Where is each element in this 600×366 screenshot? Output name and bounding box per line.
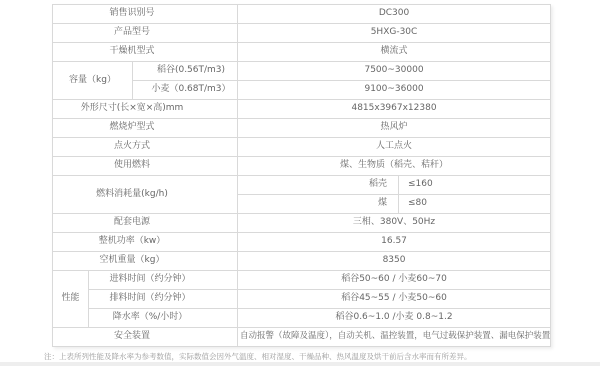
table-row-power-supply: 配套电源 三相、380V、50Hz — [53, 214, 551, 233]
row-label-model: 产品型号 — [53, 24, 238, 43]
row-value-ignition: 人工点火 — [238, 138, 551, 157]
table-row-dryer-type: 干燥机型式 横流式 — [53, 43, 551, 62]
row-value-safety-devices: 自动报警（故障及温度），自动关机、温控装置，电气过载保护装置、漏电保护装置 — [238, 328, 551, 347]
table-row-perf-discharge: 排料时间（约分钟） 稻谷45~55 / 小麦50~60 — [53, 290, 551, 309]
row-label-safety-devices: 安全装置 — [53, 328, 238, 347]
row-value-fuel-used: 煤、生物质（稻壳、秸秆） — [238, 157, 551, 176]
table-row-model: 产品型号 5HXG-30C — [53, 24, 551, 43]
row-sublabel-fuel-husk: 稻壳 — [238, 176, 399, 195]
table-row-total-power: 整机功率（kw） 16.57 — [53, 233, 551, 252]
row-sublabel-capacity-rice: 稻谷(0.56T/m3) — [133, 62, 238, 81]
row-sublabel-feed-time: 进料时间（约分钟） — [89, 271, 238, 290]
footnote-text: 注：上表所列性能及降水率为参考数值，实际数值会因外气温度、相对湿度、干燥品种、热… — [44, 351, 472, 362]
spec-table: 销售识别号 DC300 产品型号 5HXG-30C 干燥机型式 横流式 容量（k… — [52, 4, 551, 347]
row-label-power-supply: 配套电源 — [53, 214, 238, 233]
row-label-capacity: 容量（kg） — [53, 62, 133, 100]
row-value-empty-weight: 8350 — [238, 252, 551, 271]
row-value-sales-id: DC300 — [238, 5, 551, 24]
table-row-empty-weight: 空机重量（kg） 8350 — [53, 252, 551, 271]
row-sublabel-fuel-coal: 煤 — [238, 195, 399, 214]
row-value-feed-time: 稻谷50~60 / 小麦60~70 — [238, 271, 551, 290]
row-label-performance: 性能 — [53, 271, 89, 328]
table-row-fuel-husk: 燃料消耗量(kg/h) 稻壳 ≤160 — [53, 176, 551, 195]
table-row-safety-devices: 安全装置 自动报警（故障及温度），自动关机、温控装置，电气过载保护装置、漏电保护… — [53, 328, 551, 347]
table-row-capacity-rice: 容量（kg） 稻谷(0.56T/m3) 7500~30000 — [53, 62, 551, 81]
row-label-dryer-type: 干燥机型式 — [53, 43, 238, 62]
row-value-capacity-wheat: 9100~36000 — [238, 81, 551, 100]
row-sublabel-moisture-rate: 降水率（%/小时） — [89, 309, 238, 328]
row-value-fuel-coal: ≤80 — [399, 195, 551, 214]
table-row-dimensions: 外形尺寸(长×宽×高)mm 4815x3967x12380 — [53, 100, 551, 119]
row-value-moisture-rate: 稻谷0.6~1.0 /小麦 0.8~1.2 — [238, 309, 551, 328]
row-value-capacity-rice: 7500~30000 — [238, 62, 551, 81]
row-label-total-power: 整机功率（kw） — [53, 233, 238, 252]
row-label-empty-weight: 空机重量（kg） — [53, 252, 238, 271]
table-row-sales-id: 销售识别号 DC300 — [53, 5, 551, 24]
row-label-sales-id: 销售识别号 — [53, 5, 238, 24]
row-sublabel-capacity-wheat: 小麦（0.68T/m3） — [133, 81, 238, 100]
row-value-furnace-type: 热风炉 — [238, 119, 551, 138]
table-row-ignition: 点火方式 人工点火 — [53, 138, 551, 157]
row-value-power-supply: 三相、380V、50Hz — [238, 214, 551, 233]
row-value-discharge-time: 稻谷45~55 / 小麦50~60 — [238, 290, 551, 309]
row-value-total-power: 16.57 — [238, 233, 551, 252]
table-row-furnace-type: 燃烧炉型式 热风炉 — [53, 119, 551, 138]
row-label-ignition: 点火方式 — [53, 138, 238, 157]
row-label-fuel-used: 使用燃料 — [53, 157, 238, 176]
row-value-dryer-type: 横流式 — [238, 43, 551, 62]
row-value-fuel-husk: ≤160 — [399, 176, 551, 195]
row-label-dimensions: 外形尺寸(长×宽×高)mm — [53, 100, 238, 119]
row-sublabel-discharge-time: 排料时间（约分钟） — [89, 290, 238, 309]
table-row-perf-moisture-rate: 降水率（%/小时） 稻谷0.6~1.0 /小麦 0.8~1.2 — [53, 309, 551, 328]
row-label-furnace-type: 燃烧炉型式 — [53, 119, 238, 138]
row-value-dimensions: 4815x3967x12380 — [238, 100, 551, 119]
row-label-fuel-consumption: 燃料消耗量(kg/h) — [53, 176, 238, 214]
table-row-fuel-used: 使用燃料 煤、生物质（稻壳、秸秆） — [53, 157, 551, 176]
product-spec-page: 销售识别号 DC300 产品型号 5HXG-30C 干燥机型式 横流式 容量（k… — [0, 0, 600, 366]
table-row-perf-feed: 性能 进料时间（约分钟） 稻谷50~60 / 小麦60~70 — [53, 271, 551, 290]
row-value-model: 5HXG-30C — [238, 24, 551, 43]
bottom-divider — [0, 362, 600, 366]
